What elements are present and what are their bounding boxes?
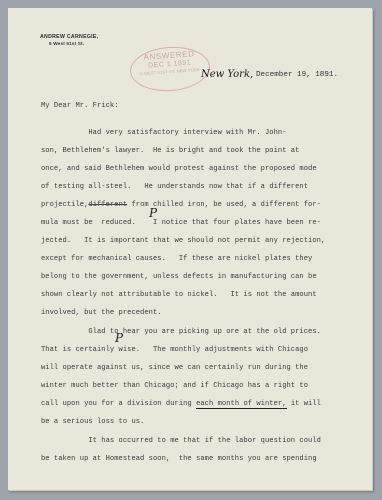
body-line-3: once, and said Bethlehem would protest a… [41, 165, 317, 173]
letter-place: New York, [201, 69, 253, 80]
body-line-12: Glad to hear you are picking up ore at t… [41, 328, 321, 336]
body-line-5: projectile,different from chilled iron, … [41, 201, 321, 209]
body-line-19: be taken up at Homestead soon, the same … [41, 455, 317, 463]
letter-date: December 19, 1891. [256, 71, 338, 79]
body-line-15: winter much better than Chicago; and if … [41, 382, 308, 390]
struck-word: different [88, 201, 127, 209]
letterhead-name: ANDREW CARNEGIE, [40, 34, 98, 40]
paragraph-mark-handwritten: P [115, 331, 123, 345]
body-line-17: be a serious loss to us. [41, 418, 144, 426]
paragraph-mark-handwritten: P [149, 206, 157, 220]
body-line-8: except for mechanical causes. If these a… [41, 255, 312, 263]
body-line-6: mula must be reduced. I notice that four… [41, 219, 321, 227]
body-line-9: belong to the government, unless defects… [41, 273, 317, 281]
body-text: call upon you for a division during [41, 400, 196, 408]
body-text: projectile, [41, 201, 88, 209]
body-line-7: jected. It is important that we should n… [41, 237, 325, 245]
body-line-11: involved, but the precedent. [41, 309, 162, 317]
body-line-18: It has occurred to me that if the labor … [41, 437, 321, 445]
body-line-14: will operate against us, since we can ce… [41, 364, 308, 372]
letterhead-address: 5 West 51st St. [49, 41, 84, 46]
underlined-phrase: each month of winter, [196, 400, 286, 409]
answered-stamp: ANSWERED DEC 1 1891 5 WEST 51ST ST. NEW … [129, 44, 212, 93]
body-text: it will [287, 400, 321, 408]
salutation: My Dear Mr. Frick: [41, 102, 119, 110]
body-line-4: of testing all-steel. He understands now… [41, 183, 308, 191]
body-line-2: son, Bethlehem's lawyer. He is bright an… [41, 147, 299, 155]
letter-page: ANDREW CARNEGIE, 5 West 51st St. ANSWERE… [8, 8, 372, 490]
body-line-1: Had very satisfactory interview with Mr.… [41, 129, 287, 137]
body-line-13: That is certainly wise. The monthly adju… [41, 346, 308, 354]
body-line-10: shown clearly not attributable to nickel… [41, 291, 317, 299]
body-line-16: call upon you for a division during each… [41, 400, 321, 408]
